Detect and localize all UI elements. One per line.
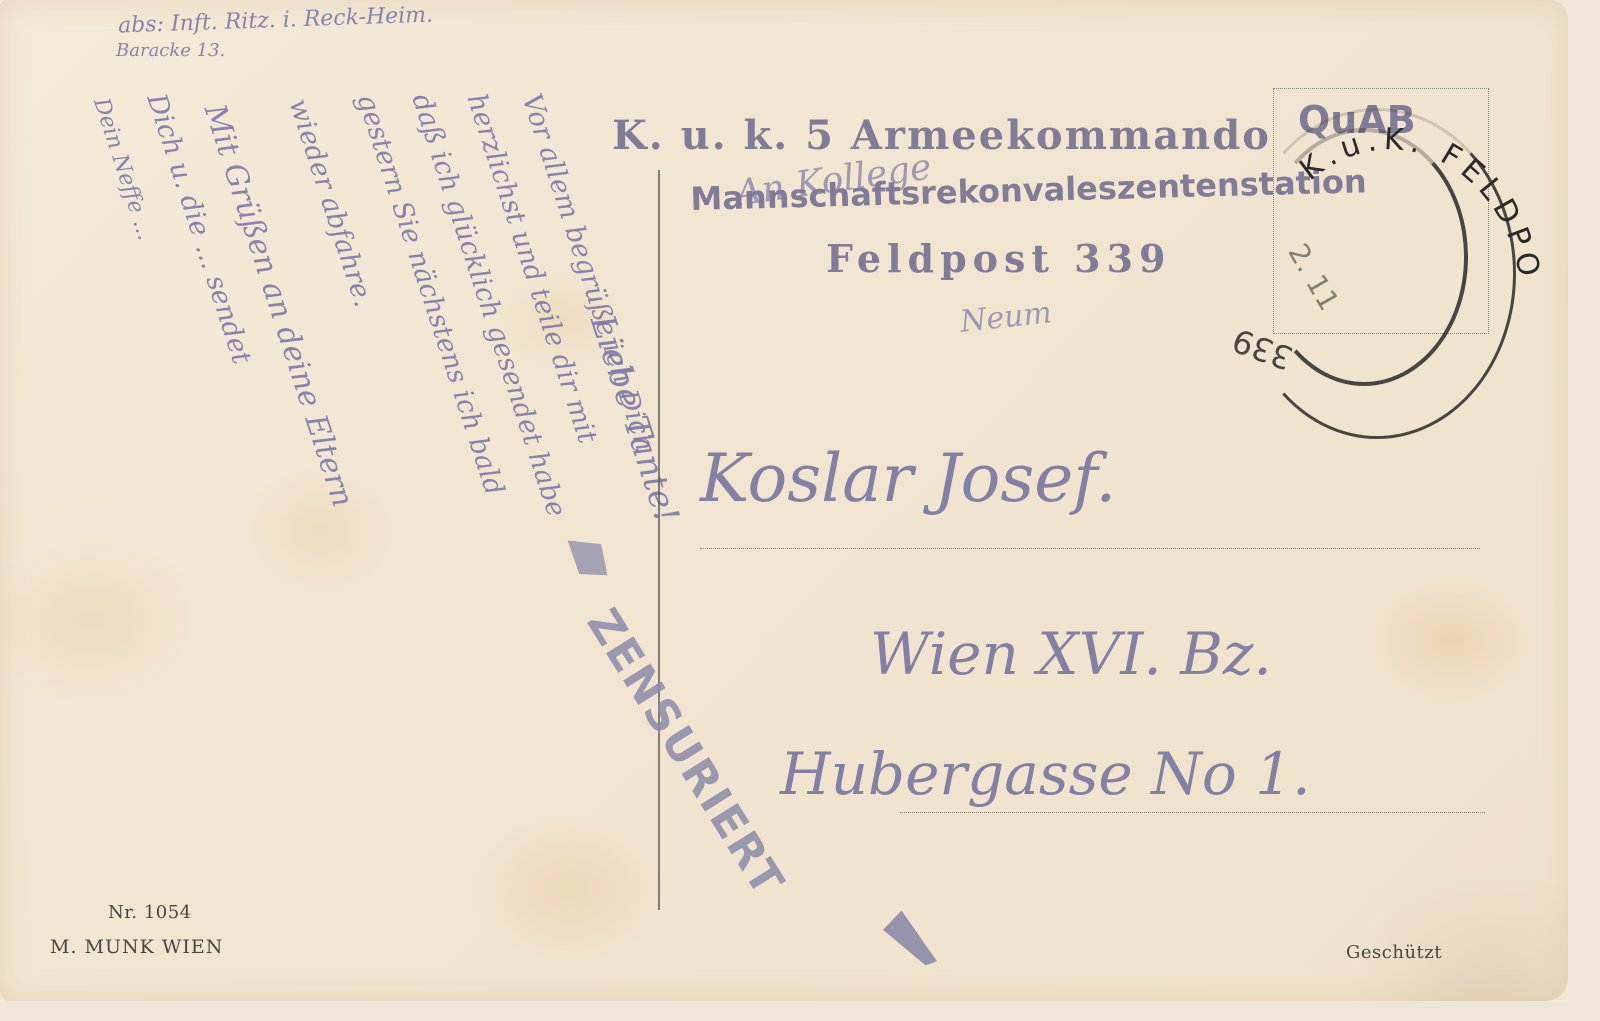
scan-edge-right bbox=[1568, 0, 1600, 1021]
scan-edge-bottom bbox=[0, 1001, 1600, 1021]
svg-text:K.u.K. FELDPOSTAMT: K.u.K. FELDPOSTAMT bbox=[1220, 100, 1540, 285]
censor-mark bbox=[562, 527, 616, 587]
censor-stamp: ZENSURIERT bbox=[577, 600, 794, 906]
postmark-ring-text: K.u.K. FELDPOSTAMT bbox=[1220, 100, 1540, 450]
unit-stamp-line-3: Feldpost 339 bbox=[826, 236, 1172, 281]
copyright-notice: Geschützt bbox=[1346, 942, 1442, 963]
unit-stamp-line-1: K. u. k. 5 Armeekommando bbox=[612, 112, 1271, 159]
sender-line-1: abs: Inft. Ritz. i. Reck-Heim. bbox=[118, 3, 434, 39]
address-line bbox=[700, 548, 1480, 549]
center-divider bbox=[658, 170, 660, 910]
card-number: Nr. 1054 bbox=[108, 902, 192, 923]
recipient-street: Hubergasse No 1. bbox=[780, 740, 1311, 808]
censor-mark bbox=[879, 905, 937, 975]
handwritten-over-stamp: Neum bbox=[958, 295, 1053, 339]
sender-line-2: Baracke 13. bbox=[116, 40, 225, 61]
recipient-city: Wien XVI. Bz. bbox=[870, 620, 1272, 688]
recipient-name: Koslar Josef. bbox=[700, 440, 1116, 517]
publisher: M. MUNK WIEN bbox=[50, 936, 223, 958]
postcard: abs: Inft. Ritz. i. Reck-Heim. Baracke 1… bbox=[0, 0, 1568, 1001]
address-line bbox=[900, 812, 1485, 813]
